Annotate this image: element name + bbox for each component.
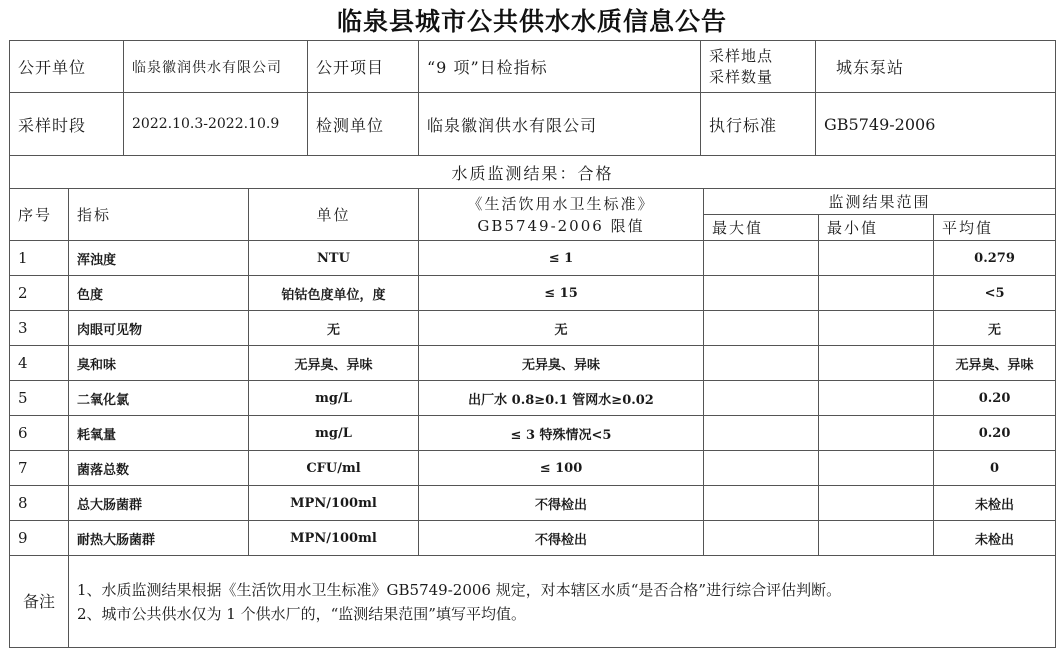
row-indicator: 菌落总数 <box>69 451 249 486</box>
result-summary: 水质监测结果：合格 <box>10 156 1056 189</box>
table-row: 2 色度 铂钴色度单位，度 ≤ 15 <5 <box>10 276 1056 311</box>
row-limit: ≤ 15 <box>419 276 704 311</box>
row-limit: 不得检出 <box>419 521 704 556</box>
row-avg: 未检出 <box>934 521 1056 556</box>
row-index: 7 <box>10 451 69 486</box>
row-limit: 无 <box>419 311 704 346</box>
row-avg: 0.20 <box>934 416 1056 451</box>
row-limit: ≤ 100 <box>419 451 704 486</box>
limit-header-line2: GB5749-2006 限值 <box>427 215 695 237</box>
row-min <box>819 416 934 451</box>
row-avg: <5 <box>934 276 1056 311</box>
row-min <box>819 521 934 556</box>
row-indicator: 肉眼可见物 <box>69 311 249 346</box>
row-index: 3 <box>10 311 69 346</box>
table-row: 3 肉眼可见物 无 无 无 <box>10 311 1056 346</box>
row-avg: 未检出 <box>934 486 1056 521</box>
row-indicator: 臭和味 <box>69 346 249 381</box>
col-header-min: 最小值 <box>819 215 934 241</box>
info-table: 公开单位 临泉徽润供水有限公司 公开项目 “9 项”日检指标 采样地点 采样数量… <box>9 40 1056 156</box>
row-index: 8 <box>10 486 69 521</box>
row-max <box>704 521 819 556</box>
row-indicator: 浑浊度 <box>69 241 249 276</box>
row-avg: 0.20 <box>934 381 1056 416</box>
row-unit: MPN/100ml <box>249 521 419 556</box>
tester-label: 检测单位 <box>308 93 419 156</box>
col-header-limit: 《生活饮用水卫生标准》 GB5749-2006 限值 <box>419 189 704 241</box>
col-header-index: 序号 <box>10 189 69 241</box>
row-limit: 出厂水 0.8≥0.1 管网水≥0.02 <box>419 381 704 416</box>
row-index: 6 <box>10 416 69 451</box>
period-value: 2022.10.3-2022.10.9 <box>124 93 308 156</box>
row-limit: 无异臭、异味 <box>419 346 704 381</box>
row-indicator: 耗氧量 <box>69 416 249 451</box>
row-unit: mg/L <box>249 381 419 416</box>
item-label: 公开项目 <box>308 41 419 93</box>
row-max <box>704 416 819 451</box>
row-indicator: 色度 <box>69 276 249 311</box>
row-min <box>819 486 934 521</box>
row-index: 2 <box>10 276 69 311</box>
row-min <box>819 276 934 311</box>
row-max <box>704 346 819 381</box>
remark-1: 1、水质监测结果根据《生活饮用水卫生标准》GB5749-2006 规定，对本辖区… <box>77 578 915 602</box>
col-header-indicator: 指标 <box>69 189 249 241</box>
row-index: 4 <box>10 346 69 381</box>
row-unit: CFU/ml <box>249 451 419 486</box>
row-min <box>819 451 934 486</box>
row-index: 5 <box>10 381 69 416</box>
row-min <box>819 241 934 276</box>
row-max <box>704 241 819 276</box>
header-row: 序号 指标 单位 《生活饮用水卫生标准》 GB5749-2006 限值 监测结果… <box>10 189 1056 215</box>
row-avg: 无 <box>934 311 1056 346</box>
remarks-content: 1、水质监测结果根据《生活饮用水卫生标准》GB5749-2006 规定，对本辖区… <box>69 556 1056 648</box>
row-avg: 0 <box>934 451 1056 486</box>
row-index: 9 <box>10 521 69 556</box>
table-row: 4 臭和味 无异臭、异味 无异臭、异味 无异臭、异味 <box>10 346 1056 381</box>
table-row: 7 菌落总数 CFU/ml ≤ 100 0 <box>10 451 1056 486</box>
table-row: 1 浑浊度 NTU ≤ 1 0.279 <box>10 241 1056 276</box>
remarks-label: 备注 <box>10 556 69 648</box>
row-min <box>819 311 934 346</box>
row-unit: MPN/100ml <box>249 486 419 521</box>
col-header-avg: 平均值 <box>934 215 1056 241</box>
table-row: 8 总大肠菌群 MPN/100ml 不得检出 未检出 <box>10 486 1056 521</box>
row-indicator: 总大肠菌群 <box>69 486 249 521</box>
publisher-label: 公开单位 <box>10 41 124 93</box>
row-limit: ≤ 1 <box>419 241 704 276</box>
limit-header-line1: 《生活饮用水卫生标准》 <box>427 193 695 215</box>
table-row: 5 二氧化氯 mg/L 出厂水 0.8≥0.1 管网水≥0.02 0.20 <box>10 381 1056 416</box>
remarks-row: 备注 1、水质监测结果根据《生活饮用水卫生标准》GB5749-2006 规定，对… <box>10 556 1056 648</box>
period-label: 采样时段 <box>10 93 124 156</box>
tester-value: 临泉徽润供水有限公司 <box>419 93 701 156</box>
row-max <box>704 451 819 486</box>
summary-row: 水质监测结果：合格 <box>10 156 1056 189</box>
col-header-max: 最大值 <box>704 215 819 241</box>
row-max <box>704 276 819 311</box>
row-limit: ≤ 3 特殊情况<5 <box>419 416 704 451</box>
row-max <box>704 311 819 346</box>
row-index: 1 <box>10 241 69 276</box>
sampling-label: 采样地点 采样数量 <box>701 41 816 93</box>
row-max <box>704 381 819 416</box>
col-header-unit: 单位 <box>249 189 419 241</box>
row-min <box>819 346 934 381</box>
sampling-count-label: 采样数量 <box>709 67 807 88</box>
row-unit: mg/L <box>249 416 419 451</box>
row-avg: 0.279 <box>934 241 1056 276</box>
item-value: “9 项”日检指标 <box>419 41 701 93</box>
row-unit: 铂钴色度单位，度 <box>249 276 419 311</box>
row-limit: 不得检出 <box>419 486 704 521</box>
sampling-location-label: 采样地点 <box>709 46 807 67</box>
results-table: 水质监测结果：合格 序号 指标 单位 《生活饮用水卫生标准》 GB5749-20… <box>9 155 1056 648</box>
row-unit: 无异臭、异味 <box>249 346 419 381</box>
standard-value: GB5749-2006 <box>816 93 1056 156</box>
row-indicator: 耐热大肠菌群 <box>69 521 249 556</box>
standard-label: 执行标准 <box>701 93 816 156</box>
publisher-value: 临泉徽润供水有限公司 <box>124 41 308 93</box>
page-title: 临泉县城市公共供水水质信息公告 <box>0 2 1064 38</box>
row-min <box>819 381 934 416</box>
row-max <box>704 486 819 521</box>
remark-2: 2、城市公共供水仅为 1 个供水厂的，“监测结果范围”填写平均值。 <box>77 602 915 626</box>
row-indicator: 二氧化氯 <box>69 381 249 416</box>
info-row-period: 采样时段 2022.10.3-2022.10.9 检测单位 临泉徽润供水有限公司… <box>10 93 1056 156</box>
row-unit: 无 <box>249 311 419 346</box>
table-row: 6 耗氧量 mg/L ≤ 3 特殊情况<5 0.20 <box>10 416 1056 451</box>
row-unit: NTU <box>249 241 419 276</box>
row-avg: 无异臭、异味 <box>934 346 1056 381</box>
table-row: 9 耐热大肠菌群 MPN/100ml 不得检出 未检出 <box>10 521 1056 556</box>
sampling-value: 城东泵站 <box>816 41 1056 93</box>
info-row-publisher: 公开单位 临泉徽润供水有限公司 公开项目 “9 项”日检指标 采样地点 采样数量… <box>10 41 1056 93</box>
col-header-range: 监测结果范围 <box>704 189 1056 215</box>
